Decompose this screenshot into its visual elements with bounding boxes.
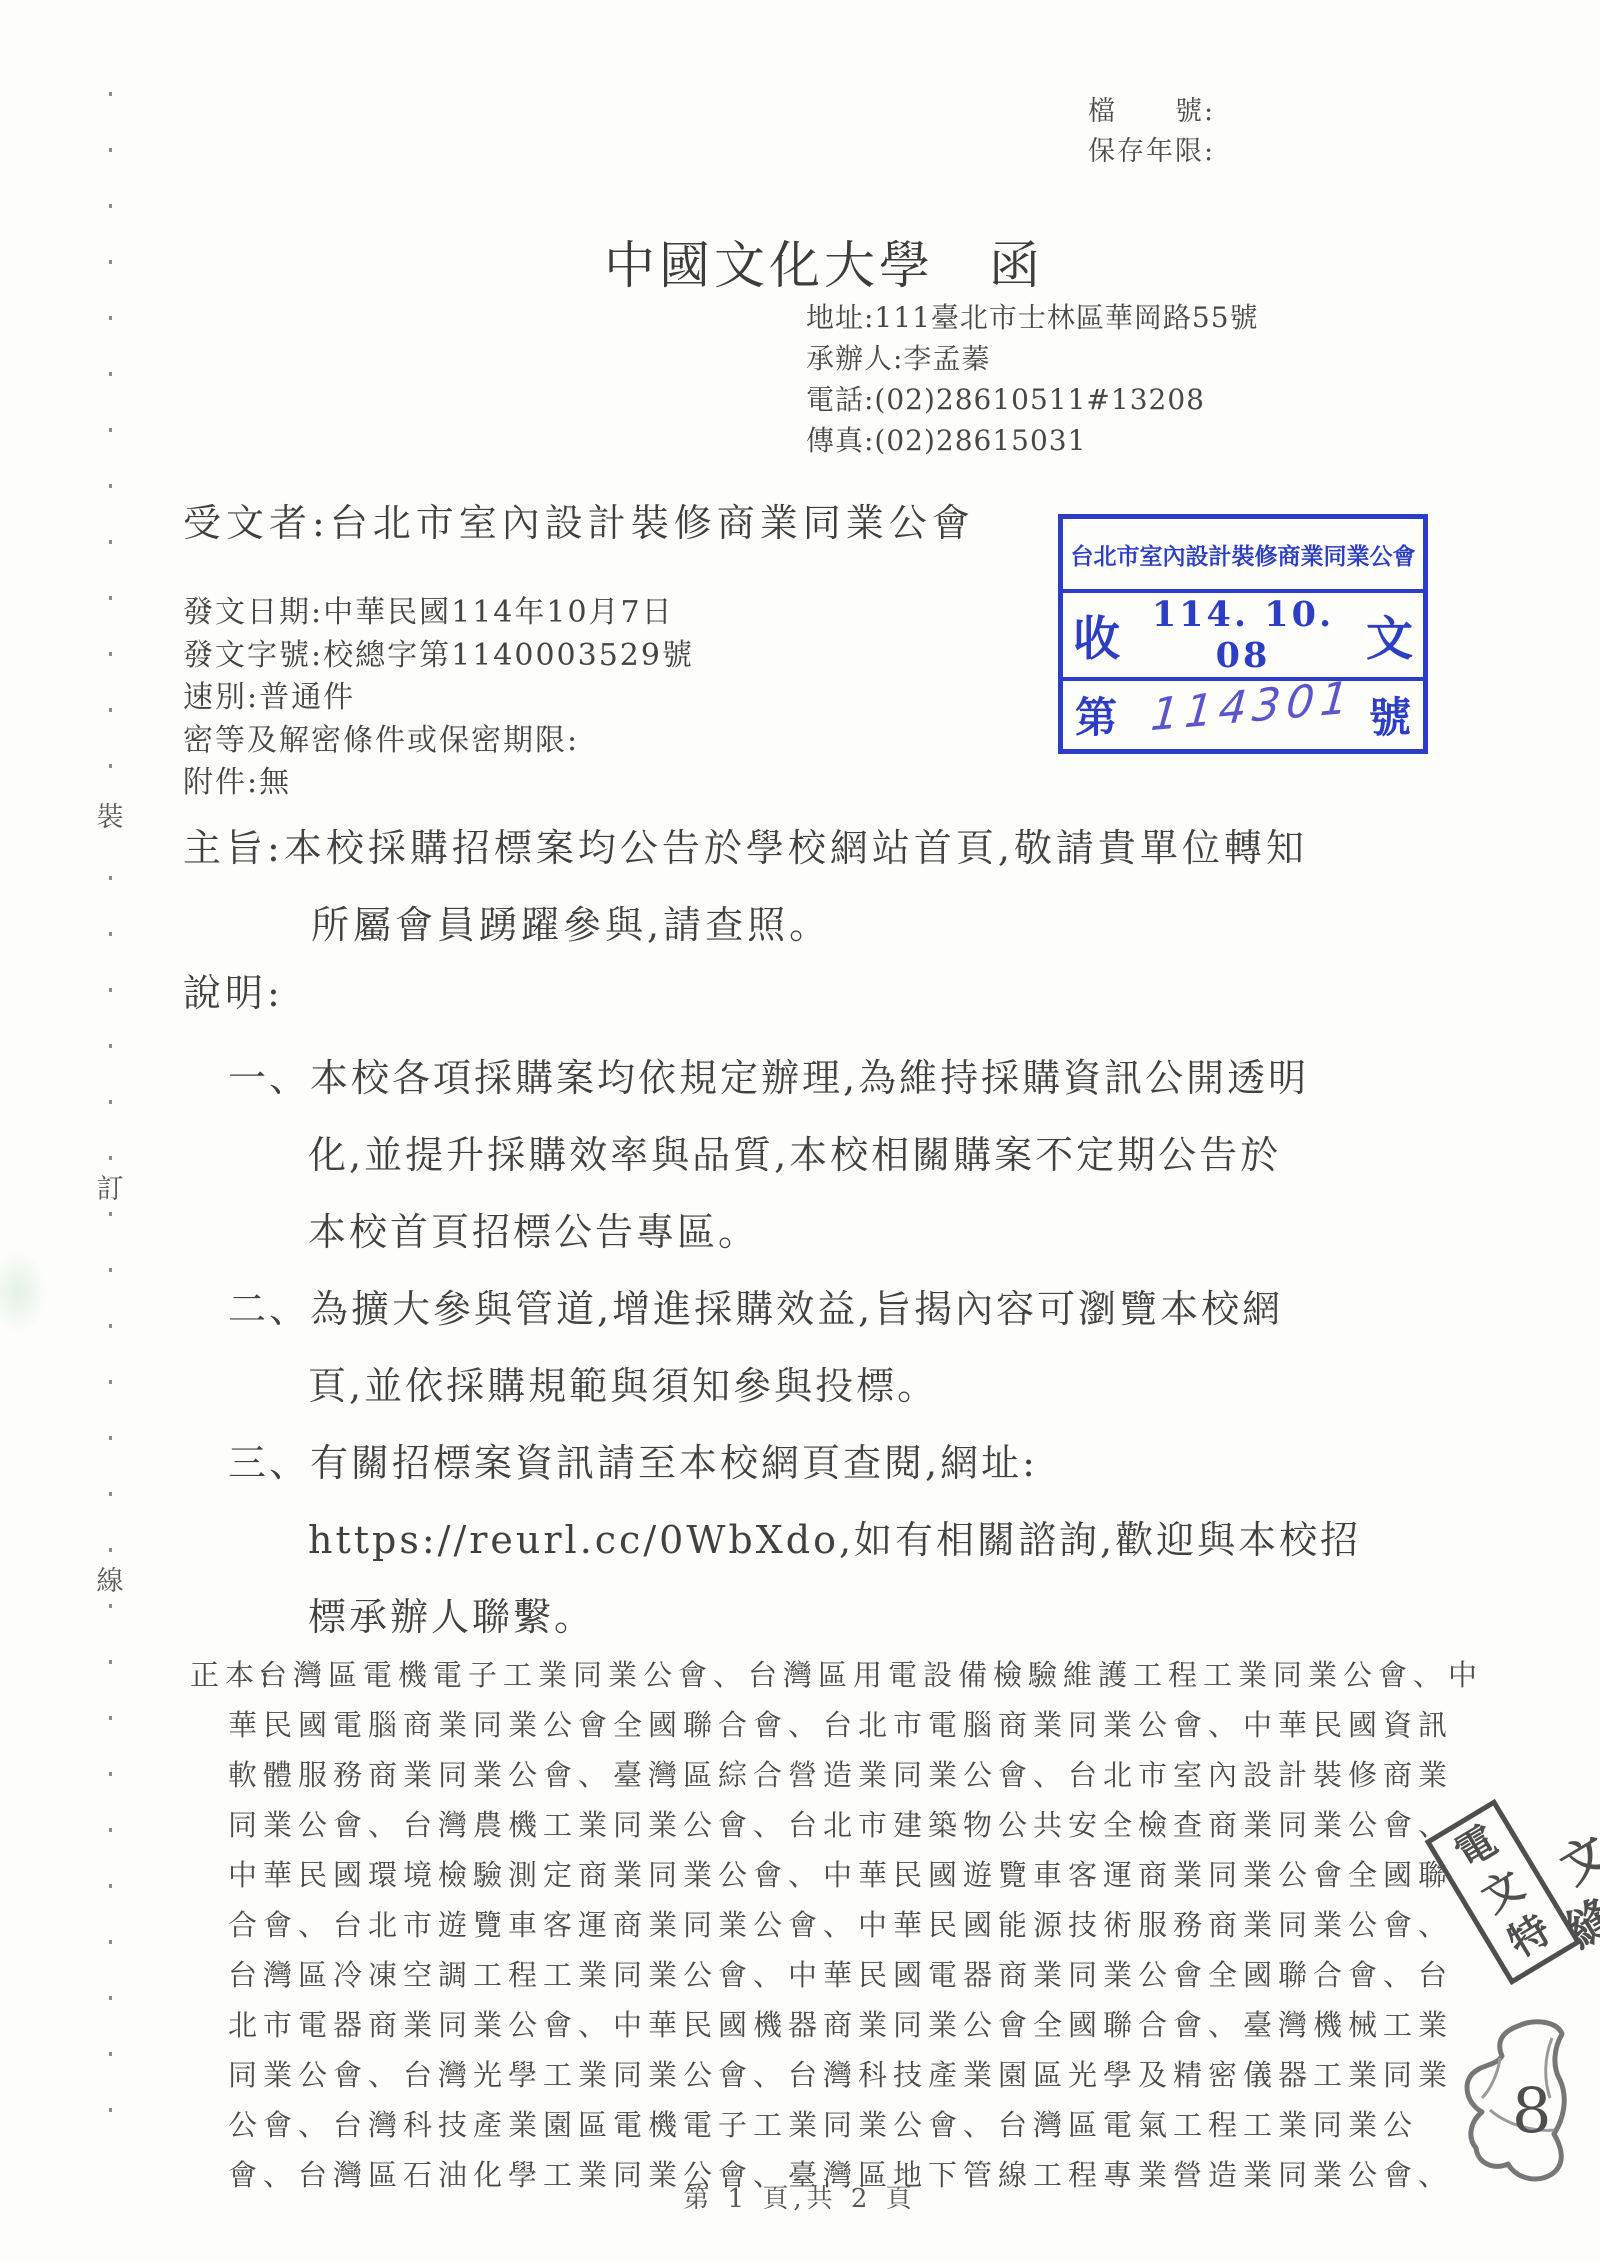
copy-to-line: 台灣區電機電子工業同業公會、台灣區用電設備檢驗維護工程工業同業公會、中 xyxy=(258,1650,1520,1700)
copy-to-line: 同業公會、台灣農機工業同業公會、台北市建築物公共安全檢查商業同業公會、 xyxy=(228,1800,1520,1850)
copy-to-line: 公會、台灣科技產業園區電機電子工業同業公會、台灣區電氣工程工業同業公 xyxy=(228,2100,1520,2150)
copy-to-line: 合會、台北市遊覽車客運商業同業公會、中華民國能源技術服務商業同業公會、 xyxy=(228,1900,1520,1950)
subject-line-2: 所屬會員踴躍參與,請查照。 xyxy=(311,887,1473,964)
sender-contact-person: 承辦人:李孟蓁 xyxy=(806,338,1259,379)
stamp-receive-row: 收 114. 10. 08 文 xyxy=(1063,593,1423,677)
meta-issue-date: 發文日期:中華民國114年10月7日 xyxy=(183,592,694,635)
item-1-line-1: 一、本校各項採購案均依規定辦理,為維持採購資訊公開透明 xyxy=(228,1040,1518,1117)
item-3-line-2-url: https://reurl.cc/0WbXdo,如有相關諮詢,歡迎與本校招 xyxy=(308,1502,1518,1579)
stamp-number-row: 第 114301 號 xyxy=(1063,677,1423,749)
item-1-line-2: 化,並提升採購效率與品質,本校相關購案不定期公告於 xyxy=(308,1117,1518,1194)
sender-fax: 傳真:(02)28615031 xyxy=(806,420,1259,461)
binding-mark-zhuang: 裝 xyxy=(93,790,127,839)
item-3-number: 三、 xyxy=(228,1441,310,1485)
copy-to-line: 北市電器商業同業公會、中華民國機器商業同業公會全國聯合會、臺灣機械工業 xyxy=(228,2000,1520,2050)
explanation-items: 一、本校各項採購案均依規定辦理,為維持採購資訊公開透明 化,並提升採購效率與品質… xyxy=(228,1040,1518,1656)
item-2-line-2: 頁,並依採購規範與須知參與投標。 xyxy=(308,1348,1518,1425)
item-3-line-3: 標承辦人聯繫。 xyxy=(308,1579,1518,1656)
recipient-line: 受文者:台北市室內設計裝修商業同業公會 xyxy=(183,492,975,547)
edge-seal-stamp: 電 文 特 文 縫 xyxy=(1448,1772,1600,2012)
meta-attachment: 附件:無 xyxy=(183,762,694,805)
archive-label-block: 檔 號: 保存年限: xyxy=(1088,92,1215,172)
stamp-number-prefix: 第 xyxy=(1063,685,1117,745)
copy-to-line: 軟體服務商業同業公會、臺灣區綜合營造業同業公會、台北市室內設計裝修商業 xyxy=(228,1750,1520,1800)
item-1-number: 一、 xyxy=(228,1056,310,1100)
subject-text-1: 本校採購招標案均公告於學校網站首頁,敬請貴單位轉知 xyxy=(284,826,1308,870)
explanation-label: 說明: xyxy=(183,955,284,1032)
binding-dotted-line xyxy=(109,92,112,2158)
subject-block: 主旨:本校採購招標案均公告於學校網站首頁,敬請貴單位轉知 所屬會員踴躍參與,請查… xyxy=(183,810,1473,964)
blob-seal-stamp: 8 xyxy=(1440,2014,1600,2194)
edge-seal-box: 電 文 特 xyxy=(1425,1799,1582,1985)
document-title: 中國文化大學 函 xyxy=(604,224,1044,298)
binding-mark-xian: 線 xyxy=(93,1554,127,1603)
item-2-number: 二、 xyxy=(228,1287,310,1331)
page-footer: 第 1 頁,共 2 頁 xyxy=(0,2178,1600,2215)
item-1-text-1: 本校各項採購案均依規定辦理,為維持採購資訊公開透明 xyxy=(310,1056,1309,1100)
meta-speed-class: 速別:普通件 xyxy=(183,677,694,720)
subject-line-1: 主旨:本校採購招標案均公告於學校網站首頁,敬請貴單位轉知 xyxy=(183,810,1473,887)
stamp-handwritten-number: 114301 xyxy=(1149,671,1357,740)
sender-address: 地址:111臺北市士林區華岡路55號 xyxy=(806,297,1259,338)
item-1-line-3: 本校首頁招標公告專區。 xyxy=(308,1194,1518,1271)
blob-number: 8 xyxy=(1512,2074,1551,2147)
item-3-text-1: 有關招標案資訊請至本校網頁查閱,網址: xyxy=(310,1441,1038,1485)
stamp-receive-char: 收 xyxy=(1063,602,1120,669)
copy-to-label: 正本: xyxy=(190,1650,276,1700)
retention-period-label: 保存年限: xyxy=(1088,132,1215,172)
copy-to-line: 華民國電腦商業同業公會全國聯合會、台北市電腦商業同業公會、中華民國資訊 xyxy=(228,1700,1520,1750)
stamp-org-name: 台北市室內設計裝修商業同業公會 xyxy=(1063,519,1423,593)
item-2-text-1: 為擴大參與管道,增進採購效益,旨揭內容可瀏覽本校網 xyxy=(310,1287,1283,1331)
scanned-letter-page: 裝 訂 線 檔 號: 保存年限: 中國文化大學 函 地址:111臺北市士林區華岡… xyxy=(0,0,1600,2262)
stamp-received-date: 114. 10. 08 xyxy=(1120,594,1366,676)
copy-to-line: 同業公會、台灣光學工業同業公會、台灣科技產業園區光學及精密儀器工業同業 xyxy=(228,2050,1520,2100)
file-number-label: 檔 號: xyxy=(1088,92,1215,132)
stamp-doc-char: 文 xyxy=(1366,602,1423,669)
copy-to-line: 台灣區冷凍空調工程工業同業公會、中華民國電器商業同業公會全國聯合會、台 xyxy=(228,1950,1520,2000)
item-3-line-1: 三、有關招標案資訊請至本校網頁查閱,網址: xyxy=(228,1425,1518,1502)
stamp-number-suffix: 號 xyxy=(1369,685,1423,745)
meta-security-class: 密等及解密條件或保密期限: xyxy=(183,720,694,763)
subject-label: 主旨: xyxy=(183,826,284,870)
scan-smudge xyxy=(0,1252,48,1332)
meta-doc-number: 發文字號:校總字第1140003529號 xyxy=(183,635,694,678)
copy-to-block: 正本: 台灣區電機電子工業同業公會、台灣區用電設備檢驗維護工程工業同業公會、中 … xyxy=(190,1650,1520,2200)
received-stamp: 台北市室內設計裝修商業同業公會 收 114. 10. 08 文 第 114301… xyxy=(1058,514,1428,754)
sender-phone: 電話:(02)28610511#13208 xyxy=(806,379,1259,420)
binding-mark-ding: 訂 xyxy=(93,1162,127,1211)
document-meta-block: 發文日期:中華民國114年10月7日 發文字號:校總字第1140003529號 … xyxy=(183,592,694,805)
item-2-line-1: 二、為擴大參與管道,增進採購效益,旨揭內容可瀏覽本校網 xyxy=(228,1271,1518,1348)
sender-info-block: 地址:111臺北市士林區華岡路55號 承辦人:李孟蓁 電話:(02)286105… xyxy=(806,297,1259,461)
copy-to-line: 中華民國環境檢驗測定商業同業公會、中華民國遊覽車客運商業同業公會全國聯 xyxy=(228,1850,1520,1900)
